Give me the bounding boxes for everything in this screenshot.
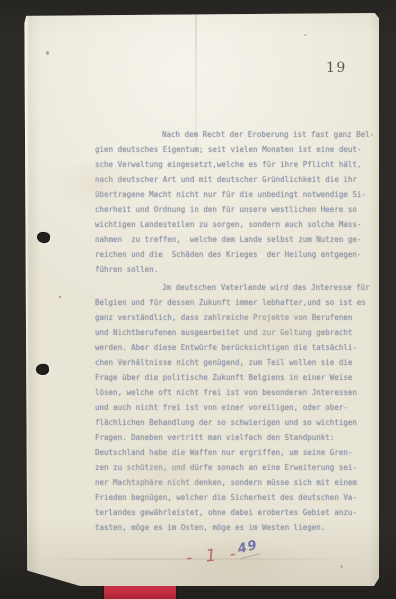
text-line: zen zu schützen, und dürfe sonach an ein…	[95, 460, 371, 475]
paper-stain	[59, 296, 61, 298]
text-line: nach deutscher Art und mit deutscher Grü…	[95, 172, 371, 187]
text-line: Nach dem Recht der Eroberung ist fast ga…	[95, 127, 371, 142]
text-line: reichen und die Schäden des Krieges der …	[95, 247, 371, 262]
page-number: 19	[326, 60, 347, 76]
text-line: lösen, welche oft nicht frei ist von bes…	[95, 385, 371, 400]
punch-hole-bottom	[35, 363, 49, 375]
text-line: führen sollen.	[95, 262, 371, 277]
handwritten-numbering-blue: 49	[236, 538, 260, 559]
text-line: Jm deutschen Vaterlande wird das Jnteres…	[95, 280, 371, 295]
text-line: gien deutsches Eigentum; seit vielen Mon…	[95, 142, 371, 157]
text-line: wichtigen Landesteilen zu sorgen, sonder…	[95, 217, 371, 232]
text-line: ganz verständlich, dass zahlreiche Proje…	[95, 310, 371, 325]
text-line: ner Machtsphäre nicht denken, sondern mü…	[95, 475, 371, 490]
text-line: terlandes gewährleistet, ohne dabei erob…	[95, 505, 371, 520]
text-line: werden. Aber diese Entwürfe berücksichti…	[95, 340, 371, 355]
typewritten-text: Nach dem Recht der Eroberung ist fast ga…	[95, 127, 371, 538]
text-line: nahmen zu treffen, welche dem Lande selb…	[95, 232, 371, 247]
text-line: und auch nicht frei ist von einer voreil…	[95, 400, 371, 415]
paper-stain	[340, 565, 343, 568]
text-line: Fragen. Daneben vertritt man vielfach de…	[95, 430, 371, 445]
scanned-document-photo: { "page": { "number": "19", "paragraphs"…	[0, 0, 396, 599]
text-line: und Nichtberufenen ausgearbeitet und zur…	[95, 325, 371, 340]
document-page: 19 Nach dem Recht der Eroberung ist fast…	[23, 13, 379, 586]
text-line: übertragene Macht nicht nur für die unbe…	[95, 187, 371, 202]
text-line: chen Verhältnisse nicht genügend, zum Te…	[95, 355, 371, 370]
text-line: cherheit und Ordnung in den für unsere w…	[95, 202, 371, 217]
text-line: tasten, möge es im Osten, möge es im Wes…	[95, 520, 371, 535]
paragraph-2: Jm deutschen Vaterlande wird das Jnteres…	[95, 280, 371, 535]
paper-stain	[304, 34, 307, 36]
text-line: Frage über die politische Zukunft Belgie…	[95, 370, 371, 385]
text-line: sche Verwaltung eingesetzt,welche es für…	[95, 157, 371, 172]
punch-hole-top	[36, 231, 50, 244]
text-line: Frieden begnügen, welcher die Sicherheit…	[95, 490, 371, 505]
text-line: flächlichen Behandlung der so schwierige…	[95, 415, 371, 430]
paragraph-1: Nach dem Recht der Eroberung ist fast ga…	[95, 127, 371, 277]
handwritten-page-mark-red: - 1 -	[185, 544, 240, 569]
paper-stain	[46, 51, 49, 55]
text-line: Belgien und für dessen Zukunft immer leb…	[95, 295, 371, 310]
text-line: Deutschland habe die Waffen nur ergriffe…	[95, 445, 371, 460]
